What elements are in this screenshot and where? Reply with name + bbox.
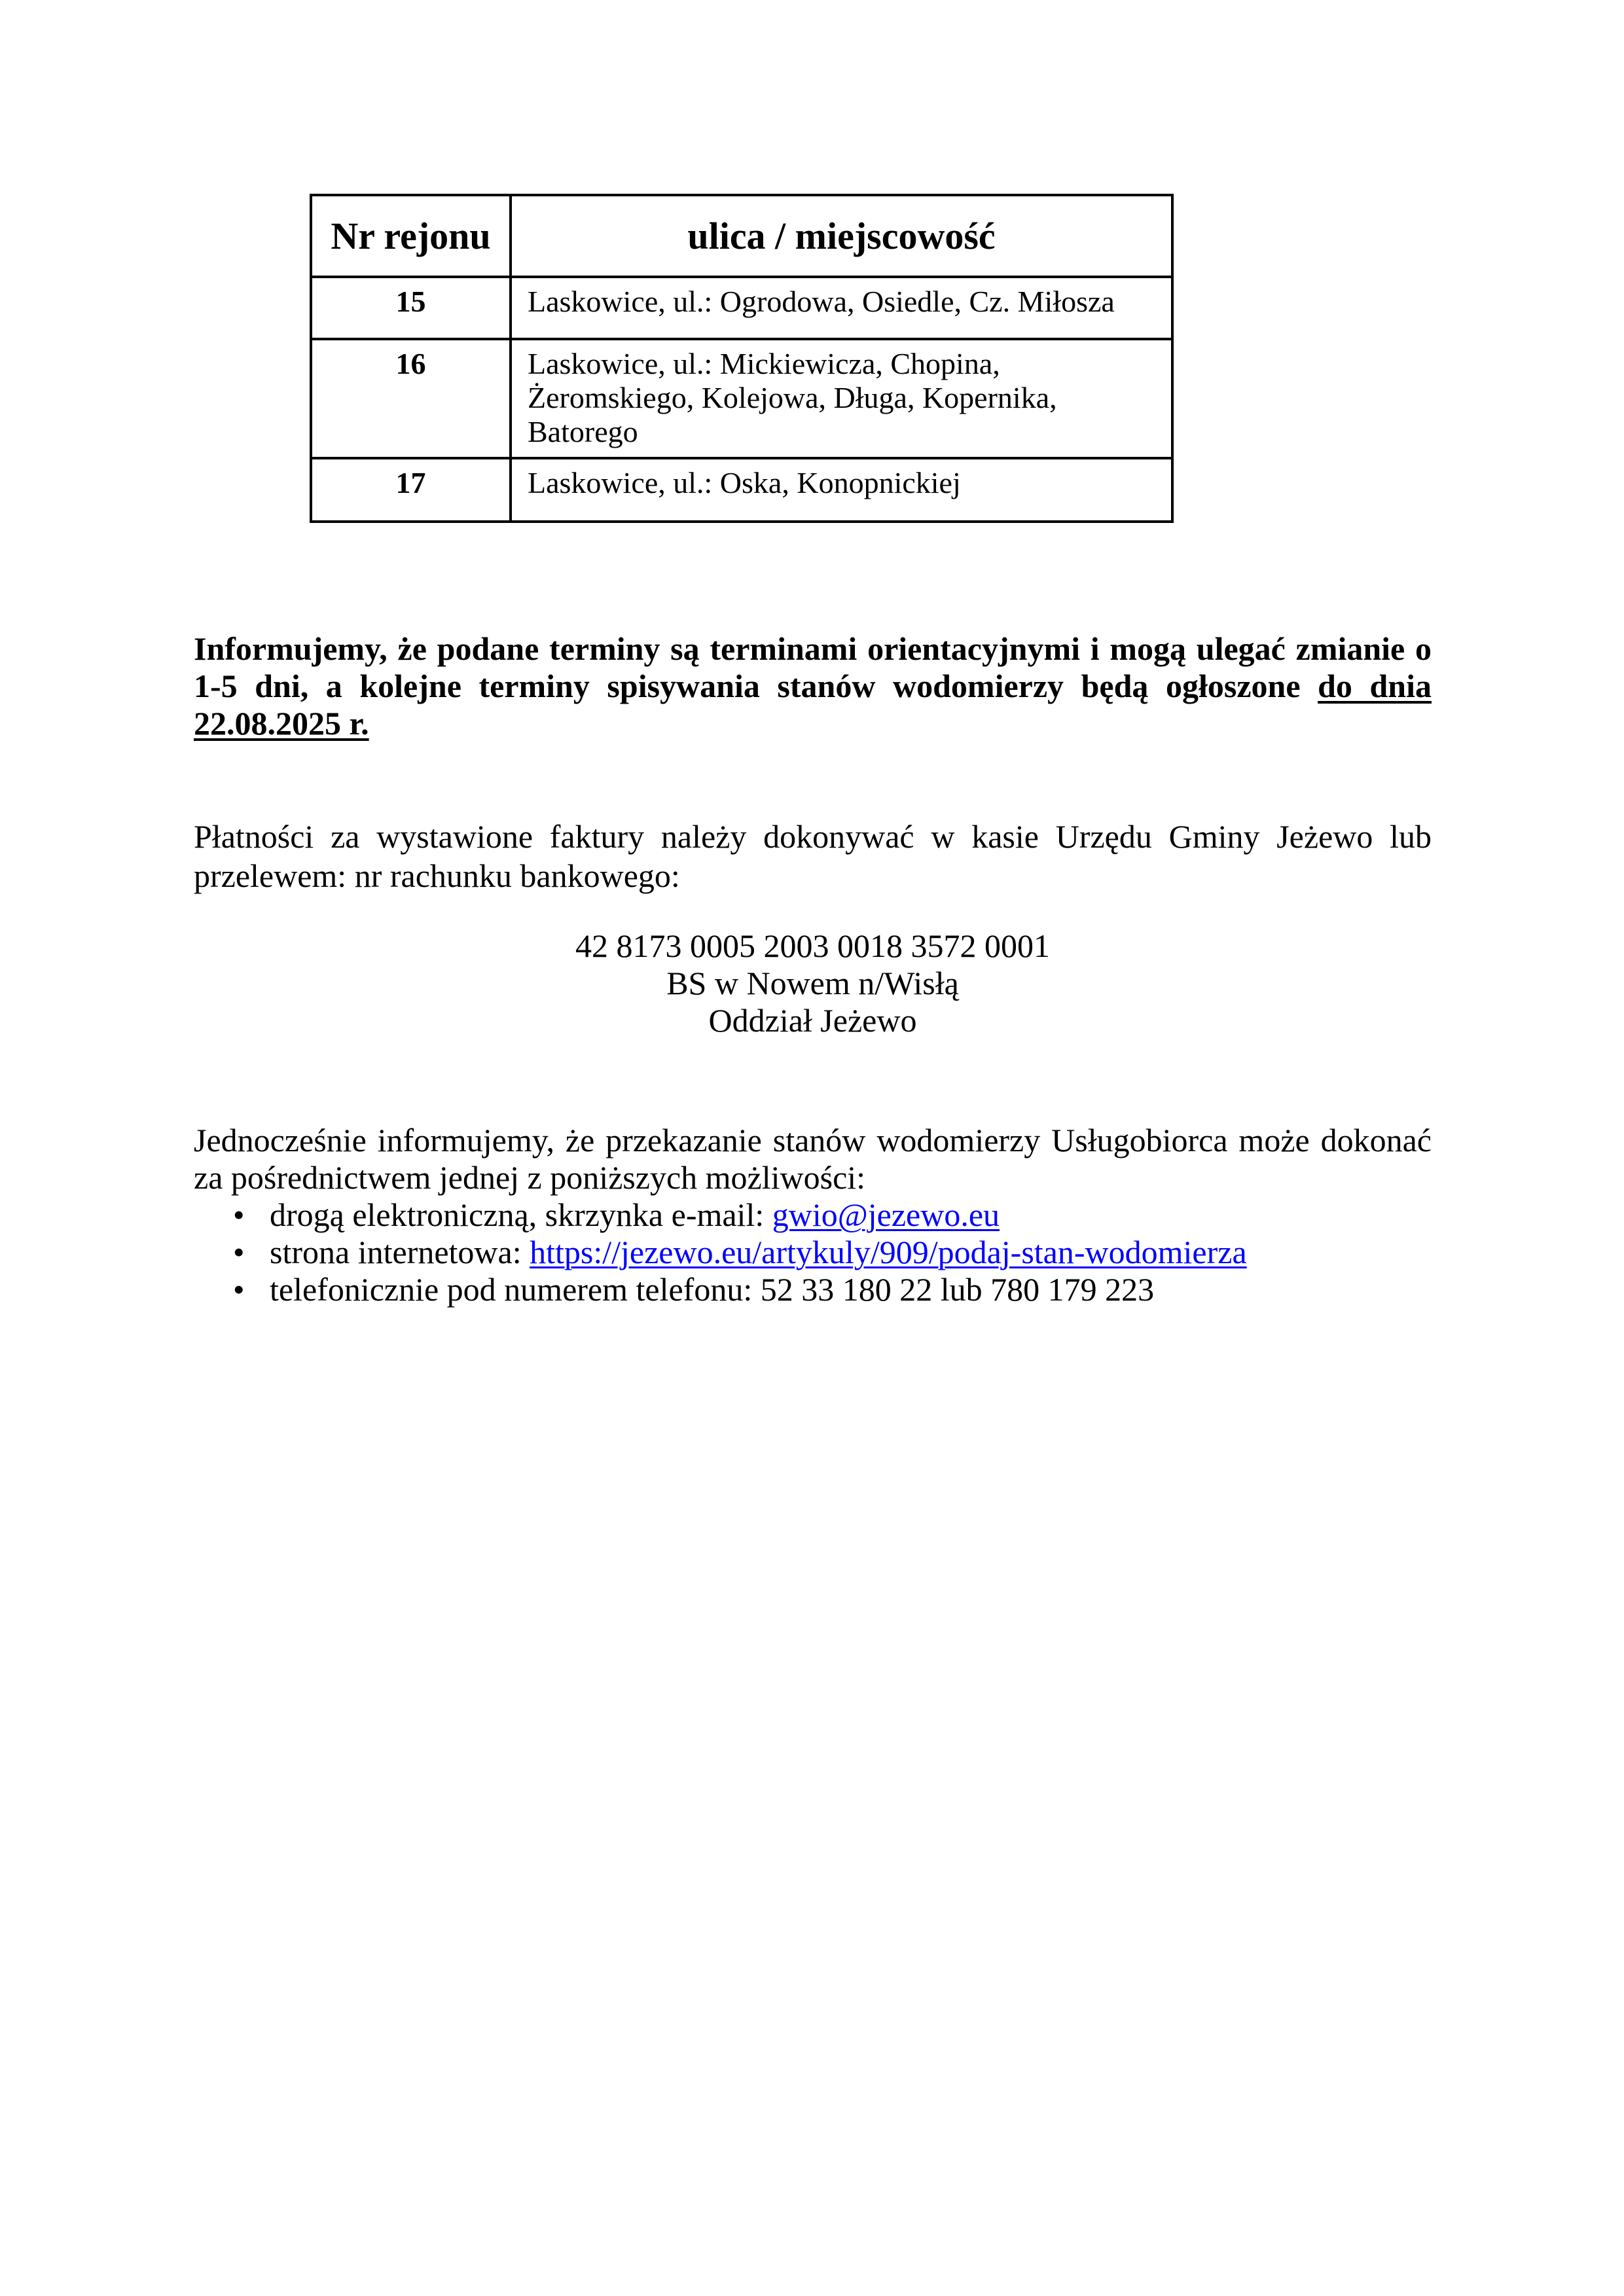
meter-reading-options: • drogą elektroniczną, skrzynka e-mail: … <box>194 1196 1432 1308</box>
region-number: 16 <box>311 339 511 458</box>
street-line: Batorego <box>528 415 1171 449</box>
regions-table: Nr rejonu ulica / miejscowość 15 Laskowi… <box>310 194 1174 523</box>
region-streets: Laskowice, ul.: Ogrodowa, Osiedle, Cz. M… <box>511 277 1172 339</box>
option-label: telefonicznie pod numerem telefonu: 52 3… <box>270 1271 1154 1308</box>
street-line: Żeromskiego, Kolejowa, Długa, Kopernika, <box>528 381 1171 415</box>
website-link[interactable]: https://jezewo.eu/artykuly/909/podaj-sta… <box>530 1234 1247 1270</box>
option-label: drogą elektroniczną, skrzynka e-mail: <box>270 1196 772 1233</box>
table-row: 17 Laskowice, ul.: Oska, Konopnickiej <box>311 458 1172 522</box>
table-header-row: Nr rejonu ulica / miejscowość <box>311 195 1172 277</box>
option-email: • drogą elektroniczną, skrzynka e-mail: … <box>194 1196 1432 1234</box>
option-phone: • telefonicznie pod numerem telefonu: 52… <box>194 1271 1432 1308</box>
bullet-icon: • <box>233 1271 245 1308</box>
account-number: 42 8173 0005 2003 0018 3572 0001 <box>194 927 1432 965</box>
street-line: Laskowice, ul.: Ogrodowa, Osiedle, Cz. M… <box>528 285 1171 319</box>
region-streets: Laskowice, ul.: Oska, Konopnickiej <box>511 458 1172 522</box>
payment-paragraph: Płatności za wystawione faktury należy d… <box>194 817 1432 895</box>
street-line: Laskowice, ul.: Oska, Konopnickiej <box>528 466 1171 500</box>
email-link[interactable]: gwio@jezewo.eu <box>772 1196 1000 1233</box>
street-line: Laskowice, ul.: Mickiewicza, Chopina, <box>528 347 1171 381</box>
header-region-number: Nr rejonu <box>311 195 511 277</box>
bank-branch: Oddział Jeżewo <box>194 1002 1432 1039</box>
table-row: 16 Laskowice, ul.: Mickiewicza, Chopina,… <box>311 339 1172 458</box>
meter-reading-intro: Jednocześnie informujemy, że przekazanie… <box>194 1122 1432 1196</box>
region-number: 17 <box>311 458 511 522</box>
region-number: 15 <box>311 277 511 339</box>
option-label: strona internetowa: <box>270 1234 530 1270</box>
table-row: 15 Laskowice, ul.: Ogrodowa, Osiedle, Cz… <box>311 277 1172 339</box>
bullet-icon: • <box>233 1196 245 1234</box>
notice-paragraph: Informujemy, że podane terminy są termin… <box>194 630 1432 742</box>
header-street-locality: ulica / miejscowość <box>511 195 1172 277</box>
notice-text: Informujemy, że podane terminy są termin… <box>194 630 1432 704</box>
bank-account-block: 42 8173 0005 2003 0018 3572 0001 BS w No… <box>194 927 1432 1039</box>
region-streets: Laskowice, ul.: Mickiewicza, Chopina, Że… <box>511 339 1172 458</box>
bullet-icon: • <box>233 1234 245 1271</box>
option-website: • strona internetowa: https://jezewo.eu/… <box>194 1234 1432 1271</box>
bank-name: BS w Nowem n/Wisłą <box>194 965 1432 1002</box>
